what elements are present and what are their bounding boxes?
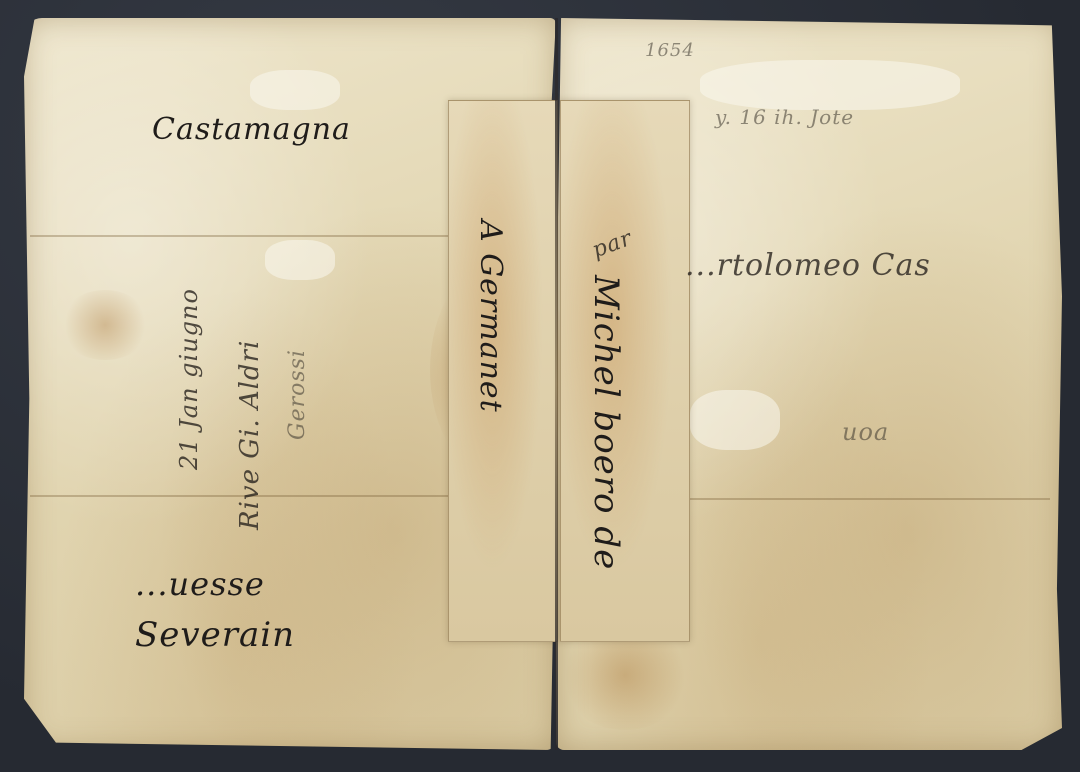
paper-wear-spot — [700, 60, 960, 110]
vertical-note-rive: Rive Gi. Aldri — [235, 340, 265, 530]
inscription-bottom-line2: Severain — [135, 615, 295, 655]
paper-wear-spot — [690, 390, 780, 450]
inscription-castamagna: Castamagna — [152, 112, 351, 147]
faint-line: y. 16 ih. Jote — [715, 105, 854, 129]
vertical-note-gerossi: Gerossi — [285, 349, 310, 440]
faint-word: uoa — [842, 418, 889, 446]
strip-text-germanet: A Germanet — [473, 220, 508, 413]
horizontal-crease — [30, 235, 450, 237]
inscription-bottom-line1: ...uesse — [135, 565, 265, 603]
paper-wear-spot — [250, 70, 340, 110]
center-fold-tear — [555, 18, 558, 750]
strip-text-michel-boero: Michel boero de — [586, 275, 626, 570]
water-stain — [60, 290, 150, 360]
paper-wear-spot — [265, 240, 335, 280]
horizontal-crease — [690, 498, 1050, 500]
vertical-note-date: 21 Jan giugno — [175, 288, 203, 470]
faint-number: 1654 — [645, 40, 695, 61]
inscription-bartolomeo: ...rtolomeo Cas — [685, 248, 931, 283]
